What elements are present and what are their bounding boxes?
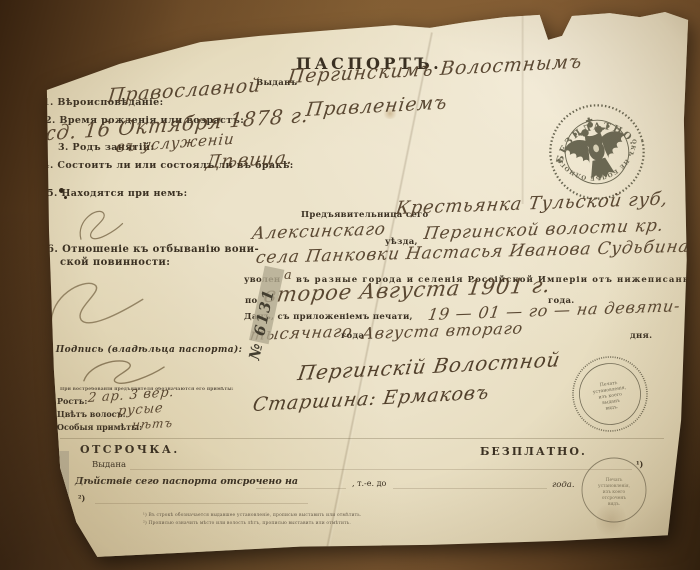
vydana-line (130, 469, 632, 470)
field-signature-label: 7. Подпись (владѣльца паспорта): (42, 345, 242, 355)
seal-placeholder-deferral: Печать установленія, изъ коего отсроченъ… (579, 455, 649, 525)
deferral-line-1 (256, 488, 346, 489)
day-handwriting: Августа втораго (361, 318, 525, 343)
footnote2-mark: ²) (78, 493, 85, 503)
section-divider (60, 438, 664, 439)
deferral-line-2 (393, 488, 547, 489)
no-stamp-bar (57, 451, 69, 495)
uyezd-handwriting: Алексинскаго (251, 219, 388, 244)
field-military-label-2: ской повинности: (60, 257, 170, 268)
day-printed: дня. (630, 331, 652, 341)
seal2-line: видъ. (608, 502, 620, 507)
footnote-1: ¹) Въ строкѣ обозначается выдавшее устан… (143, 513, 361, 518)
presenter-handwriting: Крестьянка Тульской губ, (395, 188, 670, 219)
height-label: Ростъ: (57, 396, 87, 406)
pen-flourish-icon (74, 204, 126, 244)
seal-placeholder-issue: Печать установленія, изъ коего выданъ ви… (565, 349, 655, 439)
seal2-line: установленія, (598, 484, 630, 489)
bezplatno-heading: БЕЗПЛАТНО. (480, 445, 587, 458)
field-dependents-label: 5. Находятся при немъ: (47, 188, 188, 199)
issued-by-handwriting-2: Правленіемъ (305, 92, 449, 122)
passport-photo: ПАСПОРТЪ. Выданъ Пергинскимъ Волостнымъ … (0, 0, 700, 570)
field-military-label-1: 6. Отношеніе къ отбыванію вони- (47, 244, 259, 255)
te-do-text: , т.-е. до (352, 479, 386, 488)
deferral-text: Дѣйствіе сего паспорта отсрочено на (75, 476, 298, 487)
fold-crease-top (521, 14, 526, 204)
marks-label: Особыя примѣты: (57, 422, 142, 432)
signature-line-1: Пергинскій Волостной (296, 347, 562, 385)
hair-label: Цвѣтъ волосъ: (57, 409, 126, 419)
pen-flourish-icon (44, 277, 150, 333)
marks-value: нѣтъ (131, 416, 174, 432)
field-religion-value: Православной (107, 74, 262, 107)
no-stamp-mark: № (55, 493, 68, 506)
signature-line-2: Старшина: Ермаковъ (251, 382, 491, 417)
seal2-line: изъ коего (603, 490, 626, 495)
seal2-line: отсроченъ (602, 496, 626, 501)
seal2-line: Печать (606, 478, 623, 483)
imperial-eagle-icon (558, 110, 635, 186)
vydana-label: Выдана (92, 460, 126, 470)
goda-text: года. (552, 480, 575, 490)
passport-paper: ПАСПОРТЪ. Выданъ Пергинскимъ Волостнымъ … (0, 0, 700, 570)
paper-stain (40, 534, 58, 548)
footnote-2: ²) Прописью означить мѣсто или волость л… (143, 521, 351, 526)
otsrochka-heading: ОТСРОЧКА. (80, 443, 180, 456)
seal1-line: видъ. (605, 405, 619, 412)
pen-flourish-icon (80, 355, 168, 387)
footnote2-line (95, 503, 308, 504)
paper-shadow: ПАСПОРТЪ. Выданъ Пергинскимъ Волостнымъ … (0, 0, 700, 570)
